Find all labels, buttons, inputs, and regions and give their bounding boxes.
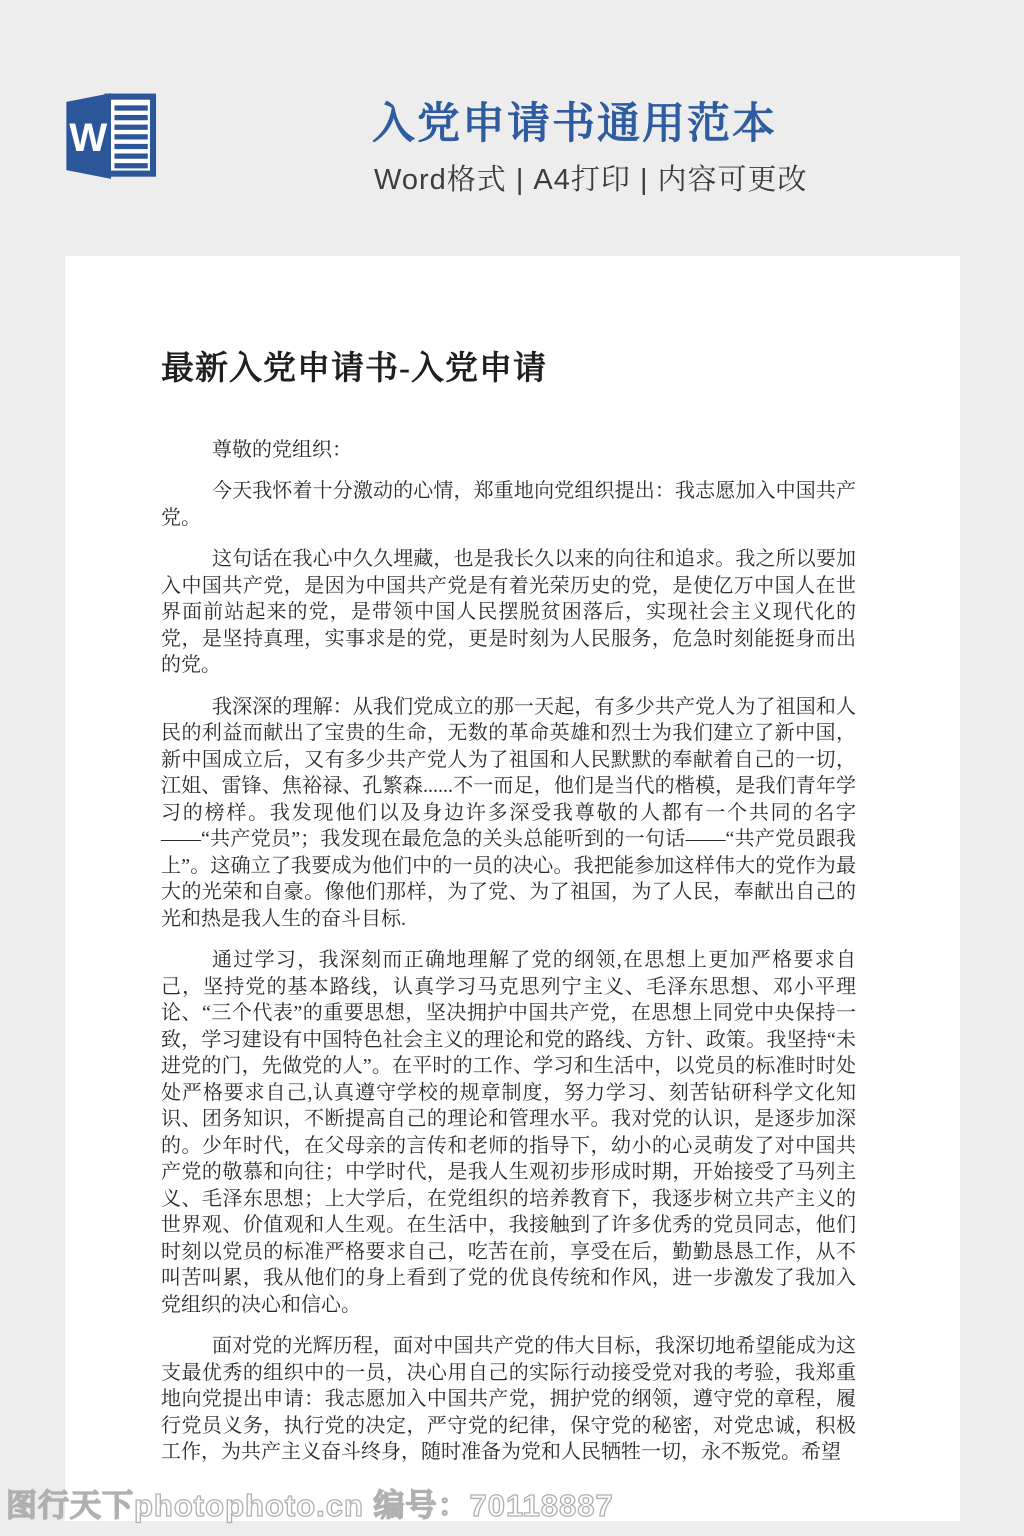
paragraph: 我深深的理解：从我们党成立的那一天起，有多少共产党人为了祖国和人民的利益而献出了…	[161, 694, 856, 933]
watermark-text: 图行天下photophoto.cn 编号：70118887	[6, 1480, 614, 1525]
page-background: { "header": { "icon": "word-logo-icon", …	[0, 0, 1024, 1536]
paragraph: 今天我怀着十分激动的心情，郑重地向党组织提出：我志愿加入中国共产党。	[161, 478, 856, 531]
document-page: 最新入党申请书-入党申请 尊敬的党组织：今天我怀着十分激动的心情，郑重地向党组织…	[65, 256, 960, 1521]
paragraph: 这句话在我心中久久埋藏，也是我长久以来的向往和追求。我之所以要加入中国共产党，是…	[161, 546, 856, 679]
svg-text:W: W	[69, 115, 107, 160]
paragraph: 通过学习，我深刻而正确地理解了党的纲领,在思想上更加严格要求自己，坚持党的基本路…	[161, 947, 856, 1318]
template-subtitle: Word格式 | A4打印 | 内容可更改	[374, 157, 808, 198]
paragraph: 面对党的光辉历程，面对中国共产党的伟大目标，我深切地希望能成为这支最优秀的组织中…	[161, 1333, 856, 1466]
document-title: 最新入党申请书-入党申请	[161, 256, 856, 391]
template-title: 入党申请书通用范本	[372, 90, 777, 151]
word-icon: W	[62, 82, 160, 190]
document-content: 最新入党申请书-入党申请 尊敬的党组织：今天我怀着十分激动的心情，郑重地向党组织…	[161, 256, 856, 1466]
paragraph: 尊敬的党组织：	[161, 437, 856, 464]
document-body: 尊敬的党组织：今天我怀着十分激动的心情，郑重地向党组织提出：我志愿加入中国共产党…	[161, 437, 856, 1466]
